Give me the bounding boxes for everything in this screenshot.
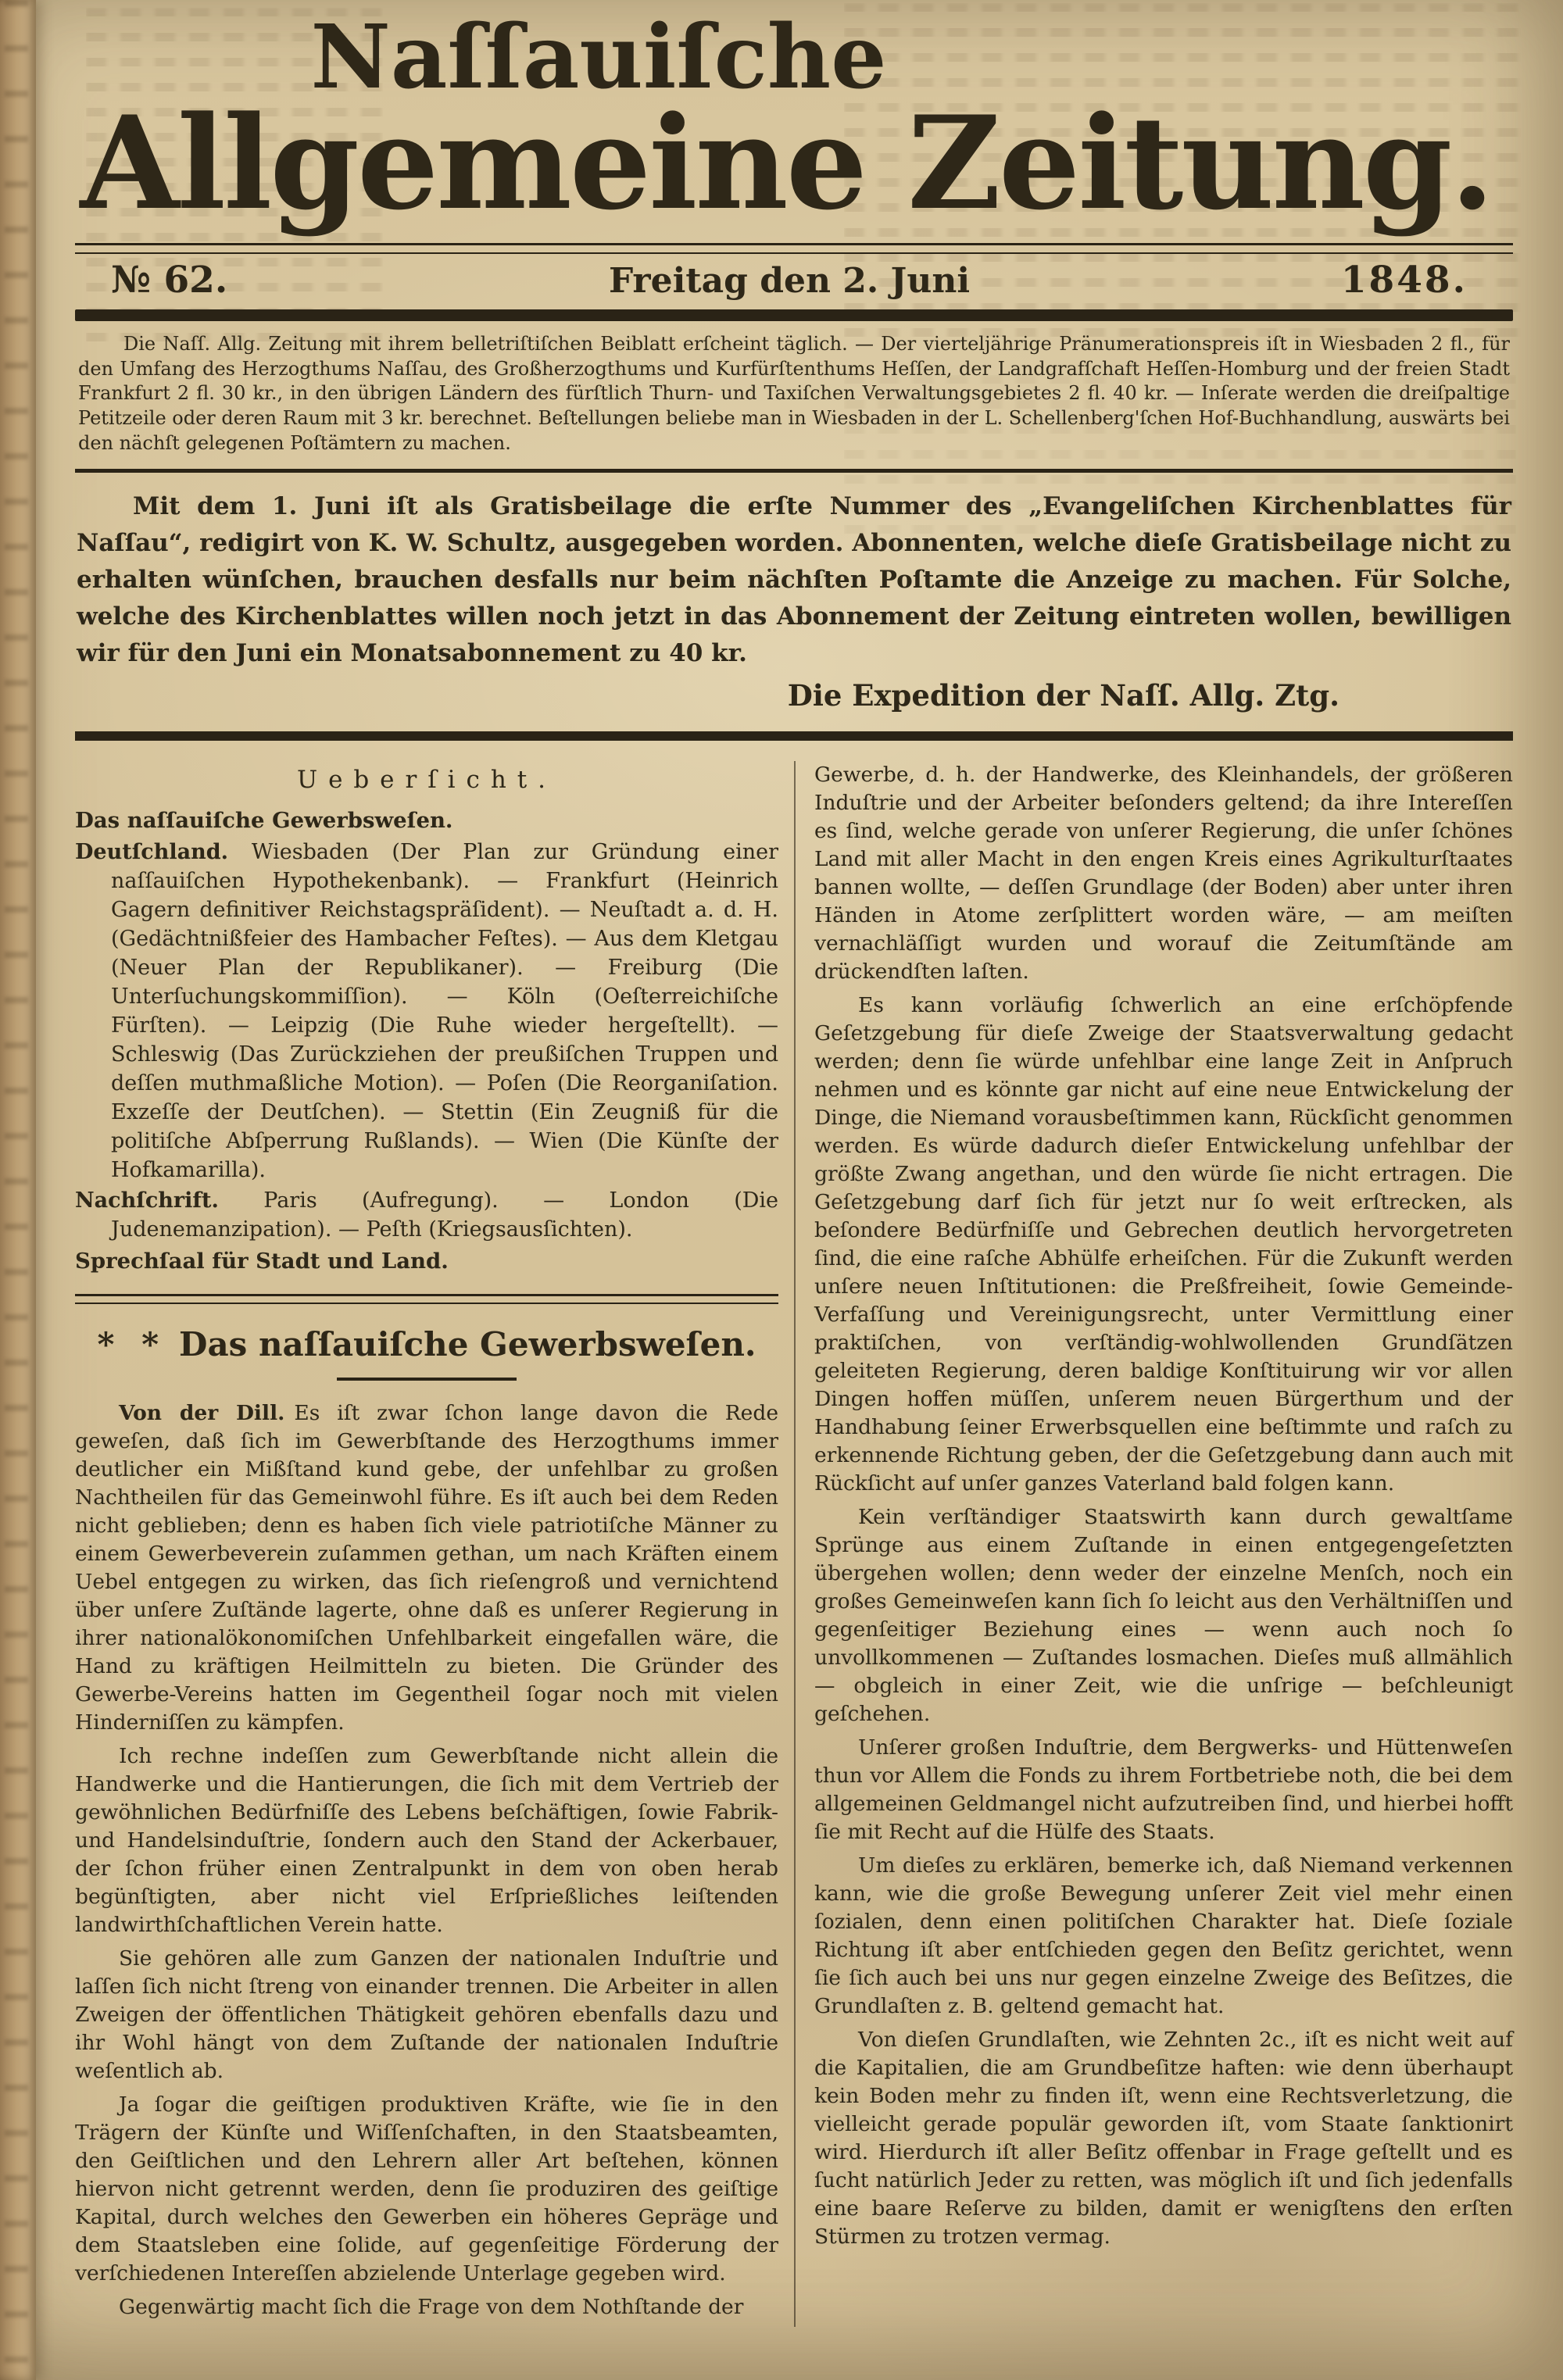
paragraph-text: Es iſt zwar ſchon lange davon die Rede g… — [75, 1401, 778, 1735]
overview-item-text: Wiesbaden (Der Plan zur Gründung einer n… — [111, 840, 778, 1182]
paragraph-text: Es kann vorläufig ſchwerlich an eine erſ… — [814, 993, 1513, 1496]
overview-item-sprechsaal: Sprechſaal für Stadt und Land. — [75, 1247, 778, 1275]
article-paragraph: Ja ſogar die geiſtigen produktiven Kräft… — [75, 2091, 778, 2288]
double-rule-top — [75, 243, 1513, 254]
overview-item-deutschland: Deutſchland. Wiesbaden (Der Plan zur Grü… — [75, 838, 778, 1185]
article-paragraph: Um dieſes zu erklären, bemerke ich, daß … — [814, 1852, 1513, 2021]
article-paragraph: Gewerbe, d. h. der Handwerke, des Kleinh… — [814, 761, 1513, 986]
article-paragraph: Sie gehören alle zum Ganzen der national… — [75, 1945, 778, 2085]
masthead-title-line2: Allgemeine Zeitung. — [67, 96, 1505, 230]
overview-item-label: Deutſchland. — [75, 840, 228, 864]
overview-item-label: Nachſchrift. — [75, 1188, 219, 1213]
paragraph-text: Gewerbe, d. h. der Handwerke, des Kleinh… — [814, 763, 1513, 984]
article-paragraph: Es kann vorläufig ſchwerlich an eine erſ… — [814, 992, 1513, 1498]
paragraph-text: Ich rechne indeſſen zum Gewerbſtande nic… — [75, 1744, 778, 1937]
paragraph-text: Von dieſen Grundlaſten, wie Zehnten 2c.,… — [814, 2028, 1513, 2249]
announcement-signature: Die Expedition der Naſſ. Allg. Ztg. — [75, 678, 1513, 713]
paragraph-text: Um dieſes zu erklären, bemerke ich, daß … — [814, 1853, 1513, 2018]
paragraph-text: Ja ſogar die geiſtigen produktiven Kräft… — [75, 2092, 778, 2285]
imprint-text: Die Naſſ. Allg. Zeitung mit ihrem bellet… — [78, 332, 1510, 456]
article-paragraph: Von der Dill.Es iſt zwar ſchon lange dav… — [75, 1399, 778, 1737]
book-spine — [0, 0, 36, 2380]
issue-date: Freitag den 2. Juni — [369, 261, 1210, 301]
spine-texture — [5, 0, 28, 2380]
article-heading-text: Das naſſauiſche Gewerbsweſen. — [179, 1325, 756, 1363]
overview-heading: Ueberſicht. — [75, 766, 778, 794]
article-paragraph: Ich rechne indeſſen zum Gewerbſtande nic… — [75, 1742, 778, 1939]
issue-row: № 62. Freitag den 2. Juni 1848. — [75, 259, 1513, 302]
article-paragraph: Von dieſen Grundlaſten, wie Zehnten 2c.,… — [814, 2026, 1513, 2251]
paragraph-text: Gegenwärtig macht ſich die Frage von dem… — [119, 2295, 743, 2319]
paragraph-text: Unſerer großen Induſtrie, dem Bergwerks-… — [814, 1735, 1513, 1844]
overview-item-nachschrift: Nachſchrift. Paris (Aufregung). — London… — [75, 1186, 778, 1244]
paragraph-text: Kein verſtändiger Staatswirth kann durch… — [814, 1505, 1513, 1726]
issue-number: № 62. — [75, 259, 369, 302]
thick-rule-above-columns — [75, 731, 1513, 741]
short-rule-under-heading — [337, 1378, 517, 1381]
column-layout: Ueberſicht. Das naſſauiſche Gewerbsweſen… — [75, 761, 1513, 2327]
announcement-text: Mit dem 1. Juni iſt als Gratisbeilage di… — [77, 488, 1511, 673]
right-column: Gewerbe, d. h. der Handwerke, des Kleinh… — [794, 761, 1513, 2327]
left-column: Ueberſicht. Das naſſauiſche Gewerbsweſen… — [75, 761, 794, 2327]
article-paragraph: Unſerer großen Induſtrie, dem Bergwerks-… — [814, 1734, 1513, 1846]
thick-rule-under-dateline — [75, 309, 1513, 321]
newspaper-page: Naſſauiſche Allgemeine Zeitung. № 62. Fr… — [0, 0, 1563, 2380]
issue-year: 1848. — [1210, 259, 1513, 302]
overview-lead: Das naſſauiſche Gewerbsweſen. — [75, 806, 778, 834]
article-paragraph: Kein verſtändiger Staatswirth kann durch… — [814, 1503, 1513, 1728]
article-heading: * *Das naſſauiſche Gewerbsweſen. — [75, 1326, 778, 1363]
paragraph-text: Sie gehören alle zum Ganzen der national… — [75, 1946, 778, 2083]
article-heading-stars: * * — [97, 1325, 166, 1363]
double-rule-article — [75, 1294, 778, 1304]
page-content: Naſſauiſche Allgemeine Zeitung. № 62. Fr… — [0, 0, 1563, 2327]
medium-rule — [75, 469, 1513, 473]
article-paragraph: Gegenwärtig macht ſich die Frage von dem… — [75, 2293, 778, 2321]
paragraph-lead: Von der Dill. — [119, 1401, 284, 1425]
